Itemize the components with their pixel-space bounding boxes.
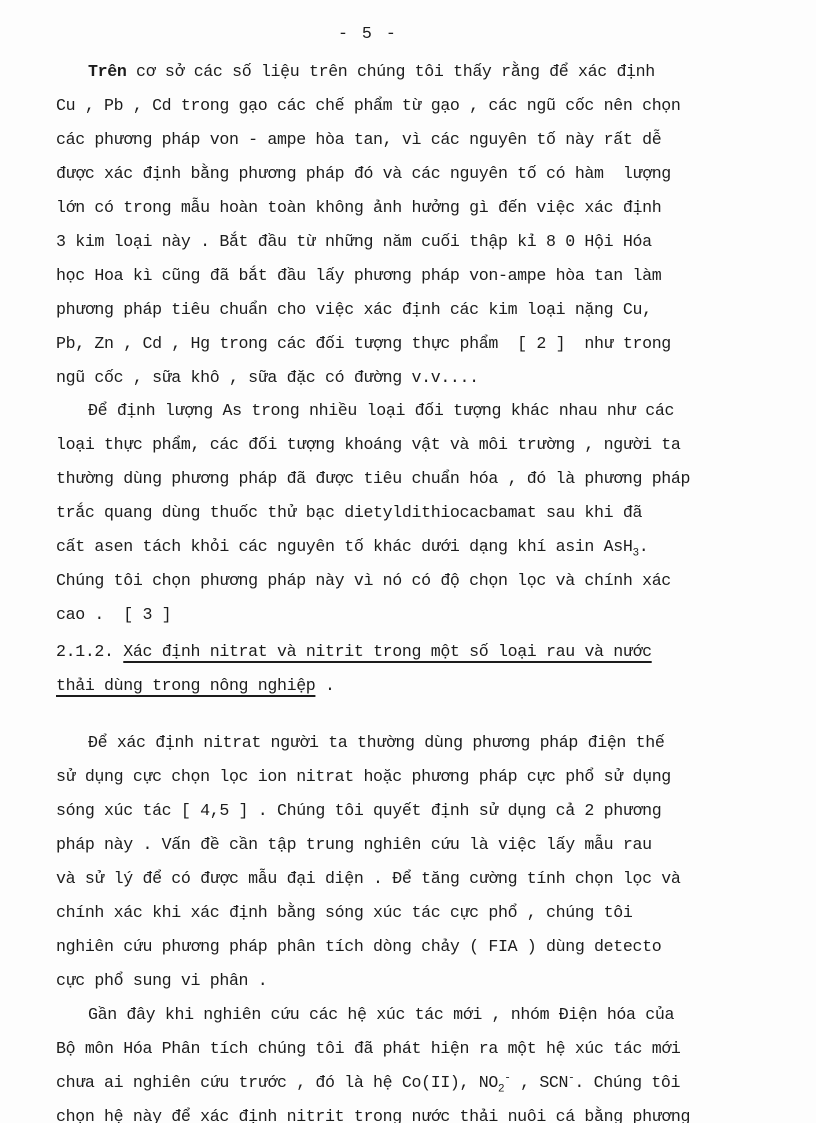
paragraph-3-line-1: Để xác định nitrat người ta thường dùng … <box>88 733 664 753</box>
paragraph-3-line-5: và sử lý để có được mẫu đại diện . Để tă… <box>56 869 681 889</box>
paragraph-2-line-6: Chúng tôi chọn phương pháp này vì nó có … <box>56 571 671 591</box>
text: cất asen tách khỏi các nguyên tố khác dư… <box>56 537 632 556</box>
paragraph-4-line-4: chọn hệ này để xác định nitrit trong nướ… <box>56 1107 690 1123</box>
paragraph-1-line-5: lớn có trong mẫu hoàn toàn không ảnh hưở… <box>56 198 661 218</box>
paragraph-1-line-3: các phương pháp von - ampe hòa tan, vì c… <box>56 130 661 150</box>
paragraph-3-line-8: cực phổ sung vi phân . <box>56 971 267 991</box>
paragraph-1-line-1: Trên cơ sở các số liệu trên chúng tôi th… <box>88 62 655 82</box>
text: cơ sở các số liệu trên chúng tôi thấy rằ… <box>126 62 654 81</box>
text: , SCN <box>511 1073 569 1092</box>
paragraph-2-line-3: thường dùng phương pháp đã được tiêu chu… <box>56 469 690 489</box>
paragraph-1-line-9: Pb, Zn , Cd , Hg trong các đối tượng thự… <box>56 334 671 354</box>
paragraph-1-line-4: được xác định bằng phương pháp đó và các… <box>56 164 671 184</box>
paragraph-1-line-7: học Hoa kì cũng đã bắt đầu lấy phương ph… <box>56 266 661 286</box>
paragraph-1-line-8: phương pháp tiêu chuẩn cho việc xác định… <box>56 300 652 320</box>
page-number: - 5 - <box>338 24 398 44</box>
paragraph-3-line-3: sóng xúc tác [ 4,5 ] . Chúng tôi quyết đ… <box>56 801 661 821</box>
paragraph-2-line-1: Để định lượng As trong nhiều loại đối tư… <box>88 401 674 421</box>
paragraph-3-line-7: nghiên cứu phương pháp phân tích dòng ch… <box>56 937 661 957</box>
text: chưa ai nghiên cứu trước , đó là hệ Co(I… <box>56 1073 498 1092</box>
text: . Chúng tôi <box>574 1073 680 1092</box>
paragraph-2-line-5: cất asen tách khỏi các nguyên tố khác dư… <box>56 537 648 557</box>
section-heading-line-2: thải dùng trong nông nghiệp . <box>56 676 335 696</box>
paragraph-3-line-4: pháp này . Vấn đề cần tập trung nghiên c… <box>56 835 652 855</box>
text: . <box>315 676 334 695</box>
paragraph-4-line-2: Bộ môn Hóa Phân tích chúng tôi đã phát h… <box>56 1039 681 1059</box>
text: . <box>639 537 649 556</box>
subscript: 2 <box>498 1083 504 1095</box>
lead-word: Trên <box>88 62 126 81</box>
paragraph-3-line-6: chính xác khi xác định bằng sóng xúc tác… <box>56 903 632 923</box>
document-page: - 5 - Trên cơ sở các số liệu trên chúng … <box>0 0 816 1123</box>
paragraph-3-line-2: sử dụng cực chọn lọc ion nitrat hoặc phư… <box>56 767 671 787</box>
section-number: 2.1.2. <box>56 642 123 661</box>
paragraph-1-line-10: ngũ cốc , sữa khô , sữa đặc có đường v.v… <box>56 368 479 388</box>
paragraph-1-line-2: Cu , Pb , Cd trong gạo các chế phẩm từ g… <box>56 96 681 116</box>
section-heading-line-1: 2.1.2. Xác định nitrat và nitrit trong m… <box>56 642 652 662</box>
paragraph-2-line-4: trắc quang dùng thuốc thử bạc dietyldith… <box>56 503 642 523</box>
paragraph-2-line-7: cao . [ 3 ] <box>56 605 171 625</box>
paragraph-4-line-3: chưa ai nghiên cứu trước , đó là hệ Co(I… <box>56 1073 680 1093</box>
section-title-cont: thải dùng trong nông nghiệp <box>56 676 315 695</box>
section-title: Xác định nitrat và nitrit trong một số l… <box>123 642 651 661</box>
paragraph-4-line-1: Gần đây khi nghiên cứu các hệ xúc tác mớ… <box>88 1005 674 1025</box>
paragraph-2-line-2: loại thực phẩm, các đối tượng khoáng vật… <box>56 435 681 455</box>
paragraph-1-line-6: 3 kim loại này . Bắt đầu từ những năm cu… <box>56 232 652 252</box>
